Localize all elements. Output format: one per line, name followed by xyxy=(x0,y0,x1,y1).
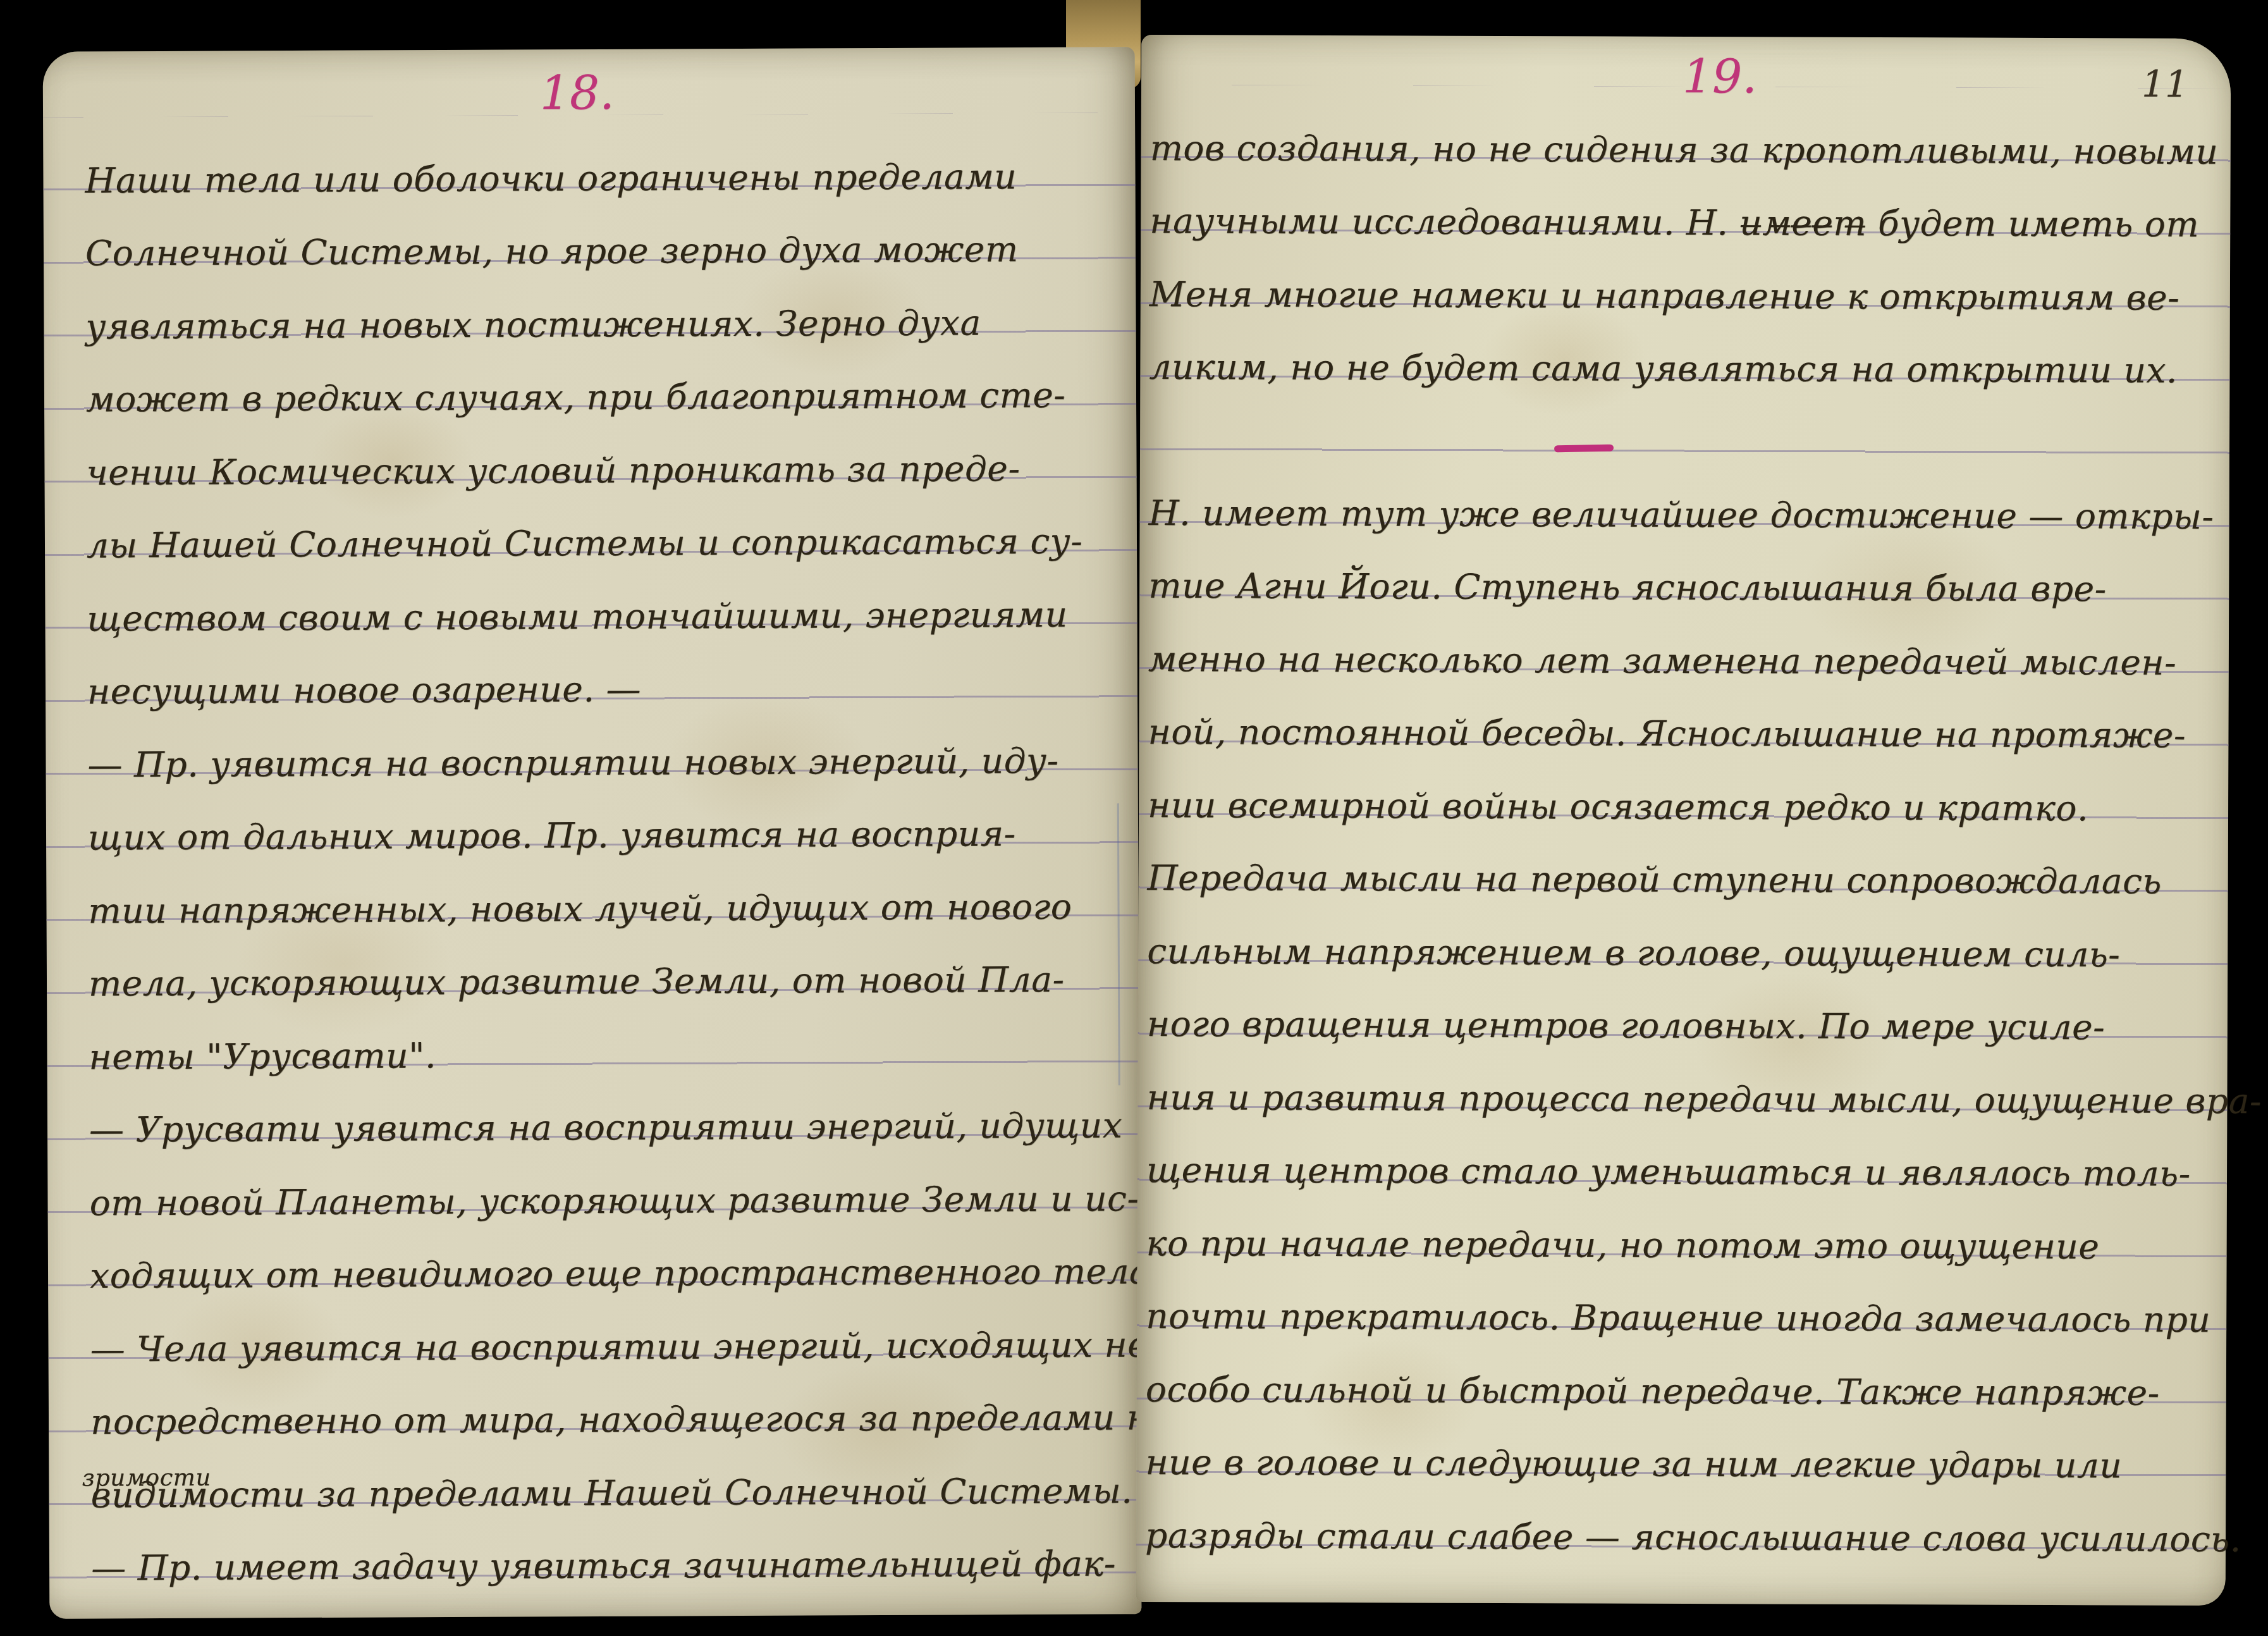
manuscript-line: щения центров стало уменьшаться и являло… xyxy=(1146,1116,2218,1193)
manuscript-line: лы Нашей Солнечной Системы и соприкасать… xyxy=(87,487,1125,565)
handwritten-text-block: тов создания, но не сидения за кропотлив… xyxy=(1149,94,2222,390)
manuscript-line: посредственно от мира, находящегося за п… xyxy=(90,1363,1129,1441)
manuscript-line: уявляться на новых постижениях. Зерно ду… xyxy=(85,268,1124,345)
manuscript-line: чении Космических условий проникать за п… xyxy=(86,414,1125,491)
manuscript-line: ко при начале передачи, но потом это ощу… xyxy=(1146,1189,2218,1265)
manuscript-line: ния и развития процесса передачи мысли, … xyxy=(1146,1043,2218,1119)
manuscript-line: Меня многие намеки и направление к откры… xyxy=(1149,240,2221,316)
manuscript-line: научными исследованиями. Н. и̶м̶е̶е̶т̶ б… xyxy=(1149,167,2221,243)
manuscript-line: менно на несколько лет заменена передаче… xyxy=(1148,605,2220,681)
left-page: 18. Наши тела или оболочки ограничены пр… xyxy=(43,47,1142,1619)
manuscript-line: особо сильной и быстрой передаче. Также … xyxy=(1146,1335,2217,1412)
handwritten-text-block: Н. имеет тут уже величайшее достижение —… xyxy=(1145,458,2221,1558)
manuscript-line: тие Агни Йоги. Ступень яснослышания была… xyxy=(1148,532,2220,608)
manuscript-line: Н. имеет тут уже величайшее достижение —… xyxy=(1149,458,2221,535)
manuscript-line: тов создания, но не сидения за кропотлив… xyxy=(1150,94,2222,170)
manuscript-line: может в редких случаях, при благоприятно… xyxy=(86,341,1125,419)
manuscript-line: нии всемирной войны осязается редко и кр… xyxy=(1148,751,2219,827)
manuscript-line: — Пр. имеет задачу уявиться зачинательни… xyxy=(91,1510,1130,1587)
manuscript-line: неты "Урусвати". xyxy=(89,998,1127,1076)
manuscript-line: тела, ускоряющих развитие Земли, от ново… xyxy=(89,925,1127,1003)
right-page: 19. 11 тов создания, но не сидения за кр… xyxy=(1136,35,2231,1606)
pink-divider-mark xyxy=(1554,445,1614,453)
manuscript-line: щих от дальних миров. Пр. уявится на вос… xyxy=(88,779,1127,857)
manuscript-line: — Чела уявится на восприятии энергий, ис… xyxy=(90,1290,1129,1368)
manuscript-line: ного вращения центров головных. По мере … xyxy=(1147,970,2219,1047)
manuscript-line: тии напряженных, новых лучей, идущих от … xyxy=(88,852,1127,930)
handwritten-text-block: Наши тела или оболочки ограничены предел… xyxy=(85,121,1130,1587)
manuscript-line: — Урусвати уявится на восприятии энергий… xyxy=(89,1071,1128,1149)
manuscript-line: ние в голове и следующие за ним легкие у… xyxy=(1145,1408,2217,1485)
page-number-left: 18. xyxy=(540,66,615,121)
manuscript-line: Солнечной Системы, но ярое зерно духа мо… xyxy=(85,195,1124,273)
inserted-correction-word: зримости xyxy=(82,1464,211,1492)
manuscript-line: разряды стали слабее — яснослышание слов… xyxy=(1145,1481,2217,1558)
manuscript-line: ществом своим с новыми тончайшими, энерг… xyxy=(87,560,1125,637)
manuscript-line: видимости за пределами Нашей Солнечной С… xyxy=(90,1436,1129,1514)
manuscript-line: почти прекратилось. Вращение иногда заме… xyxy=(1146,1262,2217,1339)
manuscript-scan: 18. Наши тела или оболочки ограничены пр… xyxy=(0,0,2268,1636)
manuscript-line: от новой Планеты, ускоряющих развитие Зе… xyxy=(89,1144,1128,1222)
manuscript-line: Наши тела или оболочки ограничены предел… xyxy=(85,121,1124,199)
manuscript-line: ходящих от невидимого еще пространственн… xyxy=(90,1217,1129,1295)
manuscript-line: — Пр. уявится на восприятии новых энерги… xyxy=(87,706,1126,784)
manuscript-line: Передача мысли на первой ступени сопрово… xyxy=(1148,824,2219,901)
manuscript-line: несущими новое озарение. — xyxy=(87,633,1126,711)
manuscript-line: сильным напряжением в голове, ощущением … xyxy=(1147,897,2219,973)
manuscript-line: ной, постоянной беседы. Яснослышание на … xyxy=(1148,678,2219,754)
manuscript-line: ликим, но не будет сама уявляться на отк… xyxy=(1149,313,2221,390)
